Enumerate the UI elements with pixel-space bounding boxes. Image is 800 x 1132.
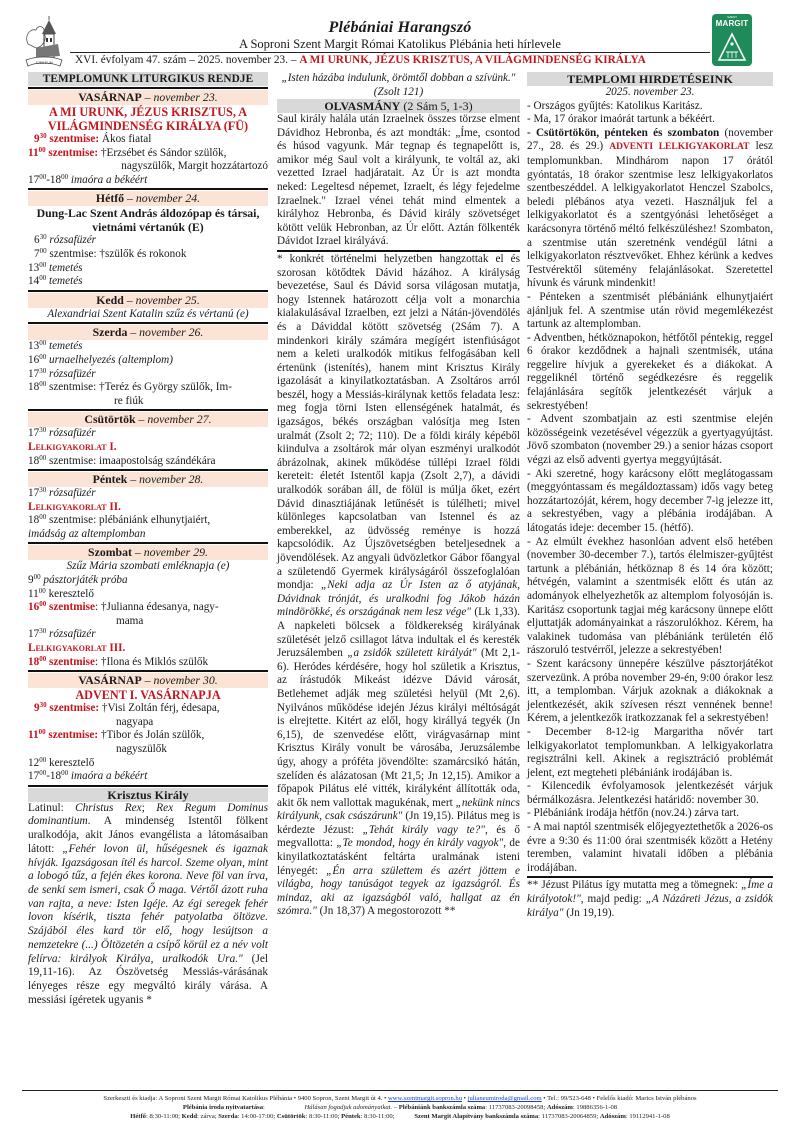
footer-hours-line: Hétfő: 8:30-11:00; Kedd: zárva; Szerda: … xyxy=(0,1112,800,1121)
announcements-date: 2025. november 23. xyxy=(527,86,773,100)
schedule-item-cont: mama xyxy=(28,615,268,629)
schedule-item: 1800 szentmise: †Teréz és György szülők,… xyxy=(28,381,268,395)
schedule-item: 1300 temetés xyxy=(28,340,268,354)
divider xyxy=(28,188,268,190)
email-link[interactable]: julianeumiroda@gmail.com xyxy=(468,1095,542,1102)
divider xyxy=(28,469,268,471)
schedule-item: 1730 rózsafüzér xyxy=(28,628,268,642)
schedule-item: 930 szentmise: †Visi Zoltán férj, édesap… xyxy=(28,702,268,716)
newsletter-title: Plébániai Harangszó xyxy=(0,19,800,37)
schedule-item: 1800 szentmise: imaapostolság szándékára xyxy=(28,455,268,469)
schedule-item: 1600 szentmise: †Julianna édesanya, nagy… xyxy=(28,601,268,615)
announcement-item: - Advent szombatjain az esti szentmise e… xyxy=(527,413,773,467)
svg-text:JUBILEUM: JUBILEUM xyxy=(35,61,52,65)
divider xyxy=(527,876,773,878)
reading-column: „Isten házába indulunk, örömtől dobban a… xyxy=(277,72,520,919)
divider xyxy=(28,785,268,787)
schedule-item: 1800 szentmise: †Ilona és Miklós szülők xyxy=(28,656,268,670)
christ-king-text: Latinul: Christus Rex; Rex Regum Dominus… xyxy=(28,802,268,1008)
liturgy-heading: TEMPLOMUNK LITURGIKUS RENDJE xyxy=(28,72,268,86)
divider xyxy=(277,250,520,252)
header-divider xyxy=(70,52,710,53)
announcement-item: - Ma, 17 órakor imaórát tartunk a békéér… xyxy=(527,113,773,127)
schedule-item-cont: imádság az altemplomban xyxy=(28,528,268,542)
article-text: * konkrét történelmi helyzetben hangzott… xyxy=(277,253,520,919)
feast-title: Alexandriai Szent Katalin szűz és vértan… xyxy=(28,308,268,322)
announcement-item: - A mai naptól szentmisék előjegyeztethe… xyxy=(527,821,773,875)
schedule-item: 1730 rózsafüzér xyxy=(28,487,268,501)
newsletter-subtitle: A Soproni Szent Margit Római Katolikus P… xyxy=(0,37,800,52)
day-header-saturday: Szombat – november 29. xyxy=(28,545,268,560)
day-header-friday: Péntek – november 28. xyxy=(28,472,268,487)
issue-feast: A MI URUNK, JÉZUS KRISZTUS, A VILÁGMINDE… xyxy=(299,54,645,66)
reading-text: Saul király halála után Izraelnek összes… xyxy=(277,113,520,249)
footer-publisher-line: Szerkeszti és kiadja: A Soproni Szent Ma… xyxy=(0,1094,800,1103)
announcement-item: - Szent karácsony ünnepére készülve pász… xyxy=(527,658,773,726)
announcement-item: - Országos gyűjtés: Katolikus Karitász. xyxy=(527,100,773,114)
day-name: VASÁRNAP xyxy=(78,90,141,104)
footer-office-line: Plébánia iroda nyitvatartása: Hálásan fo… xyxy=(0,1103,800,1112)
schedule-item-cont: re fiúk xyxy=(28,395,268,409)
issue-number: XVI. évfolyam 47. szám – 2025. november … xyxy=(75,54,299,66)
website-link[interactable]: www.szentmargit.sopron.hu xyxy=(388,1095,462,1102)
divider xyxy=(28,322,268,324)
announcement-item: - Kilencedik évfolyamosok jelentkezését … xyxy=(527,780,773,807)
christ-king-heading: Krisztus Király xyxy=(28,788,268,802)
masthead: JUBILEUM Plébániai Harangszó A Soproni S… xyxy=(0,0,800,70)
psalm-quote: „Isten házába indulunk, örömtől dobban a… xyxy=(277,72,520,99)
schedule-item-cont: nagyszülők, Margit hozzátartozó xyxy=(28,160,268,174)
retreat-label: Lelkigyakorlat II. xyxy=(28,501,268,515)
divider xyxy=(28,290,268,292)
liturgy-column: TEMPLOMUNK LITURGIKUS RENDJE VASÁRNAP – … xyxy=(28,72,268,1007)
schedule-item: 1100 keresztelő xyxy=(28,588,268,602)
announcement-item: - December 8-12-ig Margaritha nővér tart… xyxy=(527,726,773,780)
day-header-sunday: VASÁRNAP – november 30. xyxy=(28,673,268,688)
day-header-sunday: VASÁRNAP – november 23. xyxy=(28,90,268,105)
schedule-item: 1100 szentmise: †Erzsébet és Sándor szül… xyxy=(28,147,268,161)
retreat-label: Lelkigyakorlat III. xyxy=(28,642,268,656)
announcement-item: - Pénteken a szentmisét plébániánk elhun… xyxy=(527,291,773,332)
schedule-item: 1800 szentmise: plébániánk elhunytjaiért… xyxy=(28,514,268,528)
schedule-item: 1200 keresztelő xyxy=(28,757,268,771)
schedule-item: 1600 urnaelhelyezés (altemplom) xyxy=(28,354,268,368)
announcement-item: - Aki szeretné, hogy karácsony előtt meg… xyxy=(527,468,773,536)
schedule-item: 1700-1800 imaóra a békéért xyxy=(28,174,268,188)
announcement-item: - Plébániánk irodája hétfőn (nov.24.) zá… xyxy=(527,807,773,821)
footer-divider xyxy=(22,1090,778,1091)
announcement-item: - Adventben, hétköznapokon, hétfőtől pén… xyxy=(527,332,773,414)
announcement-item: - Az elmúlt évekhez hasonlóan advent els… xyxy=(527,536,773,658)
feast-title: Dung-Lac Szent András áldozópap és társa… xyxy=(28,206,268,234)
schedule-item: 930 szentmise: Ákos fiatal xyxy=(28,133,268,147)
footnote: ** Jézust Pilátus így mutatta meg a töme… xyxy=(527,879,773,920)
schedule-item-cont: nagyszülők xyxy=(28,743,268,757)
schedule-item: 1730 rózsafüzér xyxy=(28,368,268,382)
issue-line: XVI. évfolyam 47. szám – 2025. november … xyxy=(75,54,715,66)
divider xyxy=(28,542,268,544)
schedule-item: 1700-1800 imaóra a békéért xyxy=(28,770,268,784)
day-header-monday: Hétfő – november 24. xyxy=(28,191,268,206)
announcements-heading: TEMPLOMI HIRDETÉSEINK xyxy=(527,72,773,86)
divider xyxy=(28,670,268,672)
schedule-item-cont: nagyapa xyxy=(28,716,268,730)
schedule-item: 1730 rózsafüzér xyxy=(28,427,268,441)
announcements-column: TEMPLOMI HIRDETÉSEINK 2025. november 23.… xyxy=(527,72,773,920)
schedule-item: 700 szentmise: †szülők és rokonok xyxy=(28,248,268,262)
schedule-item: 900 pásztorjáték próba xyxy=(28,574,268,588)
feast-title: Szűz Mária szombati emléknapja (e) xyxy=(28,560,268,574)
szent-margit-logo-icon: SZENT MARGIT xyxy=(712,14,752,66)
divider xyxy=(28,87,268,89)
footer: Szerkeszti és kiadja: A Soproni Szent Ma… xyxy=(0,1094,800,1121)
day-header-tuesday: Kedd – november 25. xyxy=(28,293,268,308)
day-date: – november 23. xyxy=(142,90,218,104)
day-header-thursday: Csütörtök – november 27. xyxy=(28,412,268,427)
reading-heading: OLVASMÁNY (2 Sám 5, 1-3) xyxy=(277,99,520,113)
day-header-wednesday: Szerda – november 26. xyxy=(28,325,268,340)
feast-title: A MI URUNK, JÉZUS KRISZTUS, A VILÁGMINDE… xyxy=(28,105,268,133)
schedule-item: 1100 szentmise: †Tibor és Jolán szülők, xyxy=(28,729,268,743)
schedule-item: 1300 temetés xyxy=(28,262,268,276)
schedule-item: 630 rózsafüzér xyxy=(28,234,268,248)
schedule-item: 1400 temetés xyxy=(28,275,268,289)
announcement-item: - Csütörtökön, pénteken és szombaton (no… xyxy=(527,127,773,291)
divider xyxy=(28,409,268,411)
feast-title: ADVENT I. VASÁRNAPJA xyxy=(28,688,268,702)
retreat-label: Lelkigyakorlat I. xyxy=(28,441,268,455)
